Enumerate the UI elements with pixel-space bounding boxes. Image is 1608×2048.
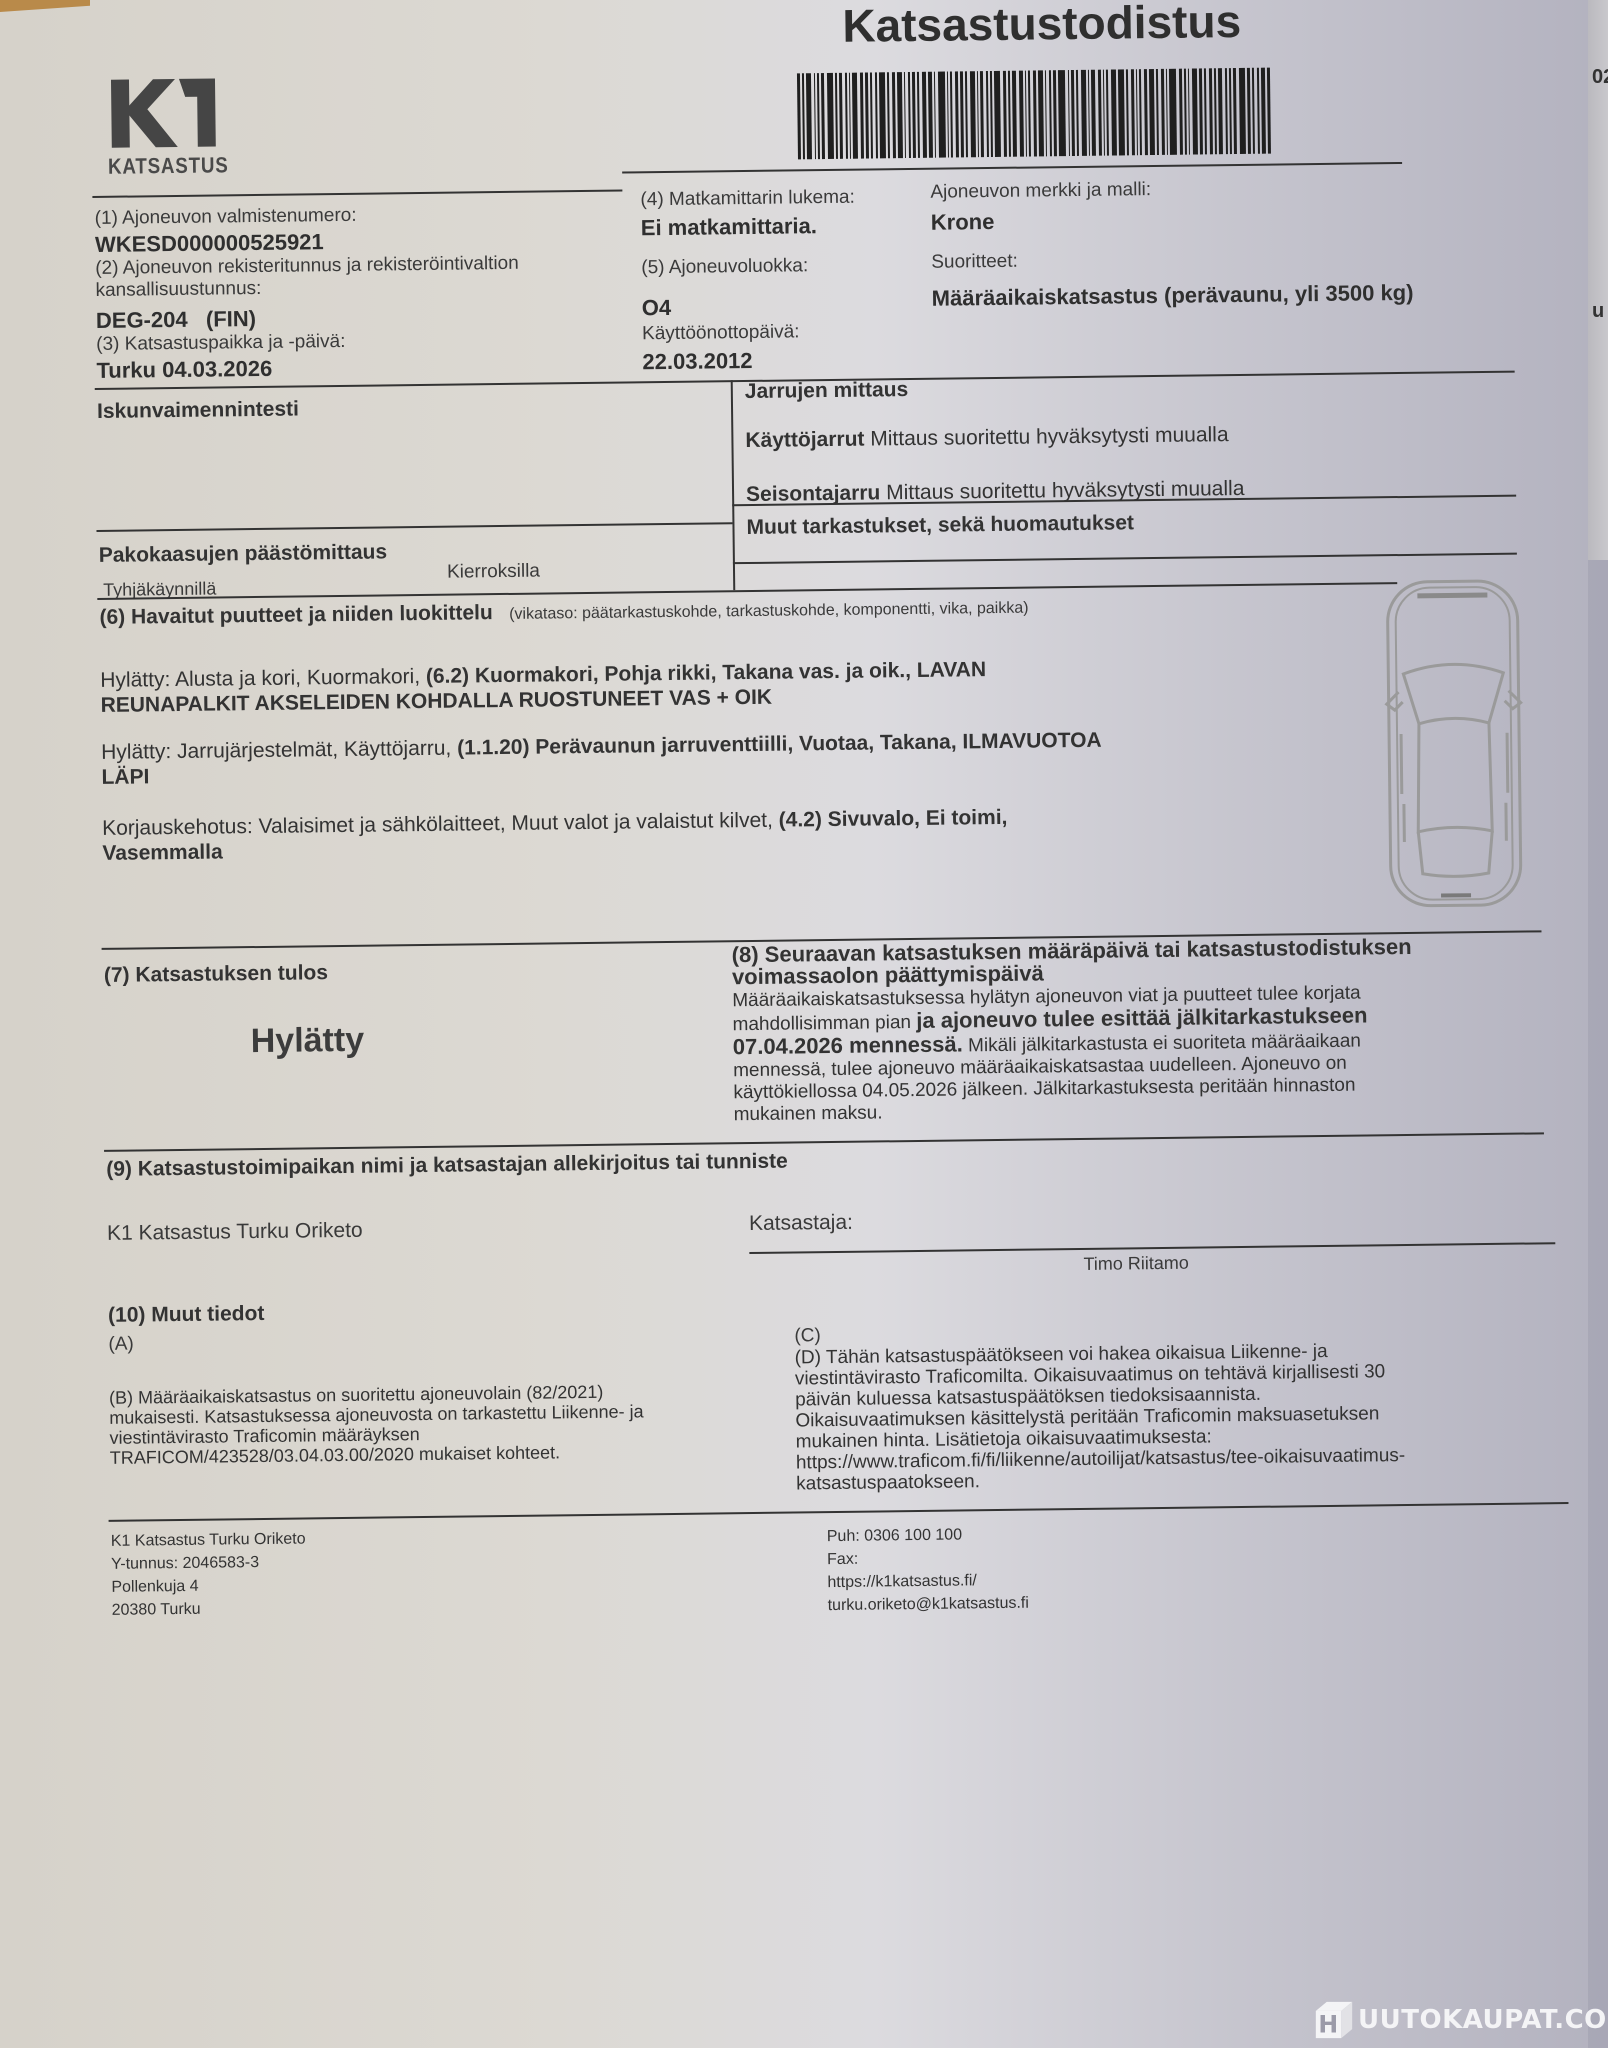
footer-email-link[interactable]: turku.oriketo@k1katsastus.fi xyxy=(828,1592,1029,1617)
defect-category: : Jarrujärjestelmät, Käyttöjarru, xyxy=(165,737,457,764)
defect-level: Korjauskehotus xyxy=(102,815,247,840)
footer-website-link[interactable]: https://k1katsastus.fi/ xyxy=(827,1569,1028,1594)
vehicle-diagram-icon xyxy=(1357,572,1551,914)
other-info-c: (C) xyxy=(794,1325,821,1347)
performed-label: Suoritteet: xyxy=(931,251,1018,274)
document-title: Katsastustodistus xyxy=(842,0,1241,53)
defect-detail: (4.2) Sivuvalo, Ei toimi, xyxy=(779,806,1008,832)
divider xyxy=(622,162,1402,174)
defect-level: Hylätty xyxy=(100,668,164,692)
footer-fax: Fax: xyxy=(827,1546,1028,1571)
svg-text:H: H xyxy=(1318,2011,1338,2039)
k1-logo-mark-icon xyxy=(107,74,224,151)
footer-street: Pollenkuja 4 xyxy=(111,1573,306,1598)
divider xyxy=(92,190,622,198)
registration-label-cont: kansallisuustunnus: xyxy=(95,278,261,302)
footer-company: K1 Katsastus Turku Oriketo xyxy=(111,1527,306,1552)
inspector-label: Katsastaja: xyxy=(749,1211,853,1236)
divider xyxy=(96,522,732,532)
footer-address: K1 Katsastus Turku Oriketo Y-tunnus: 204… xyxy=(111,1527,307,1621)
other-info-title: (10) Muut tiedot xyxy=(108,1302,265,1328)
emissions-rpm: Kierroksilla xyxy=(447,561,540,584)
other-info-b: (B) Määräaikaiskatsastus on suoritettu a… xyxy=(109,1381,644,1468)
other-info-d: (D) Tähän katsastuspäätökseen voi hakea … xyxy=(795,1340,1406,1494)
make-model-value: Krone xyxy=(931,209,995,236)
vin-value: WKESD000000525921 xyxy=(95,229,324,258)
barcode xyxy=(797,67,1338,160)
registration-value: DEG-204 (FIN) xyxy=(96,306,256,334)
defect-level: Hylätty xyxy=(101,740,165,764)
service-brake-label: Käyttöjarrut xyxy=(745,428,864,452)
defect-item: Hylätty: Jarrujärjestelmät, Käyttöjarru,… xyxy=(101,725,1342,790)
divider xyxy=(109,1502,1569,1522)
divider xyxy=(733,553,1517,565)
performed-value: Määräaikaiskatsastus (perävaunu, yli 350… xyxy=(932,280,1414,312)
vehicle-class-value: O4 xyxy=(642,295,672,321)
page-behind-edge: 02 u xyxy=(1586,0,1608,560)
service-brake-row: Käyttöjarrut Mittaus suoritettu hyväksyt… xyxy=(745,422,1228,453)
inspection-certificate-page: KATSASTUS Katsastustodistus (1) Ajoneuvo… xyxy=(0,0,1588,2048)
divider xyxy=(104,1132,1544,1152)
defects-heading: (6) Havaitut puutteet ja niiden luokitte… xyxy=(99,595,1028,630)
huutokaupat-watermark: H UUTOKAUPAT.COM xyxy=(1312,2000,1608,2040)
logo-text: KATSASTUS xyxy=(108,152,219,179)
defects-subtitle: (vikataso: päätarkastuskohde, tarkastusk… xyxy=(509,600,1029,623)
watermark-text: UUTOKAUPAT.COM xyxy=(1358,2005,1608,2035)
certificate-sheet: KATSASTUS Katsastustodistus (1) Ajoneuvo… xyxy=(90,0,1551,1700)
vin-label: (1) Ajoneuvon valmistenumero: xyxy=(95,205,357,230)
result-value: Hylätty xyxy=(250,1021,364,1061)
footer-city: 20380 Turku xyxy=(112,1596,307,1621)
defect-category: : Alusta ja kori, Kuormakori, xyxy=(164,665,426,691)
service-brake-value: Mittaus suoritettu hyväksytysti muualla xyxy=(870,423,1229,450)
make-model-label: Ajoneuvon merkki ja malli: xyxy=(930,179,1151,204)
defect-item: Korjauskehotus: Valaisimet ja sähkölaitt… xyxy=(102,801,1343,866)
emissions-title: Pakokaasujen päästömittaus xyxy=(99,540,388,568)
other-checks-title: Muut tarkastukset, sekä huomautukset xyxy=(746,511,1134,540)
other-info-a: (A) xyxy=(108,1334,134,1356)
defects-title: (6) Havaitut puutteet ja niiden luokitte… xyxy=(99,601,492,629)
huutokaupat-box-icon: H xyxy=(1312,2000,1356,2040)
footer-phone: Puh: 0306 100 100 xyxy=(827,1523,1028,1548)
place-date-value: Turku 04.03.2026 xyxy=(96,356,272,384)
first-use-label: Käyttöönottopäivä: xyxy=(642,321,800,345)
place-date-label: (3) Katsastuspaikka ja -päivä: xyxy=(96,331,345,356)
next-inspection-section: (8) Seuraavan katsastuksen määräpäivä ta… xyxy=(732,934,1554,1126)
reinspection-deadline: 07.04.2026 mennessä. xyxy=(733,1031,963,1059)
defect-item: Hylätty: Alusta ja kori, Kuormakori, (6.… xyxy=(100,653,1321,718)
signature-title: (9) Katsastustoimipaikan nimi ja katsast… xyxy=(106,1150,788,1182)
inspector-name: Timo Riitamo xyxy=(1083,1253,1189,1275)
next-inspection-text: Määräaikaiskatsastuksessa hylätyn ajoneu… xyxy=(732,980,1554,1126)
result-title: (7) Katsastuksen tulos xyxy=(104,961,328,988)
vehicle-class-label: (5) Ajoneuvoluokka: xyxy=(641,255,808,279)
first-use-value: 22.03.2012 xyxy=(642,348,752,375)
shock-test-title: Iskunvaimennintesti xyxy=(97,397,299,423)
odometer-value: Ei matkamittaria. xyxy=(641,213,817,241)
footer-contact: Puh: 0306 100 100 Fax: https://k1katsast… xyxy=(827,1523,1029,1617)
footer-business-id: Y-tunnus: 2046583-3 xyxy=(111,1550,306,1575)
registration-label: (2) Ajoneuvon rekisteritunnus ja rekiste… xyxy=(95,253,519,280)
table-corner xyxy=(0,0,90,12)
page-behind-fragment: 02 xyxy=(1592,66,1608,89)
station-name: K1 Katsastus Turku Oriketo xyxy=(107,1219,363,1246)
k1-logo: KATSASTUS xyxy=(107,74,238,180)
column-divider xyxy=(731,380,736,590)
odometer-label: (4) Matkamittarin lukema: xyxy=(640,187,855,212)
page-behind-fragment: u xyxy=(1592,300,1604,323)
brakes-title: Jarrujen mittaus xyxy=(745,378,909,404)
